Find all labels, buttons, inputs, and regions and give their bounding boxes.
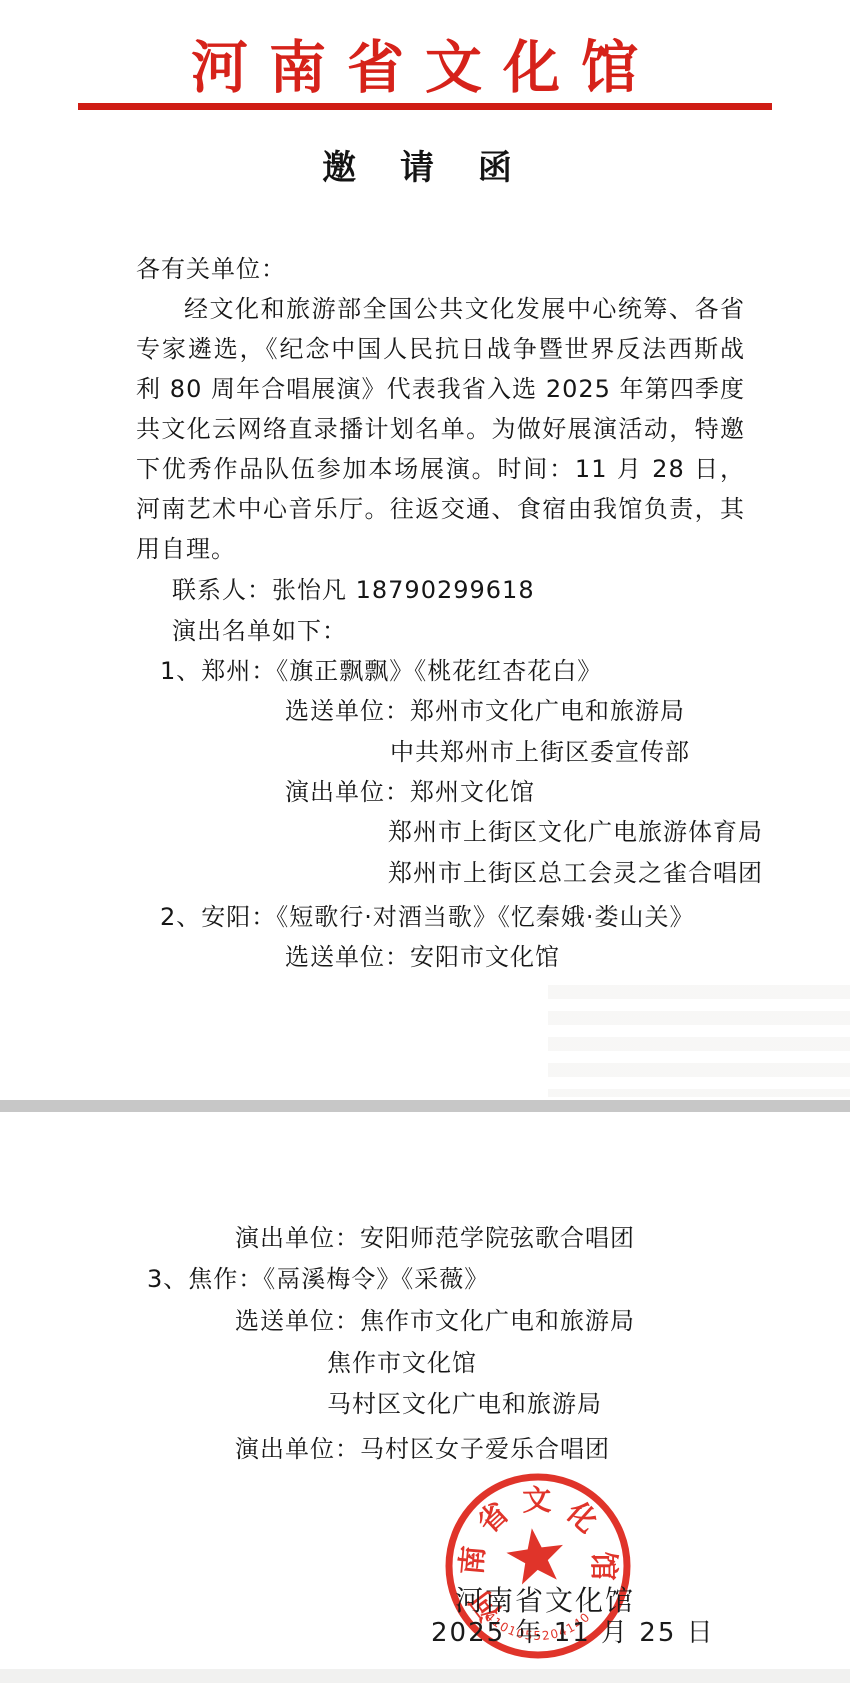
- letterhead-rule: [78, 103, 772, 110]
- list-entry: 选送单位：郑州市文化广电和旅游局: [285, 696, 685, 726]
- list-entry: 焦作市文化馆: [327, 1348, 477, 1378]
- seal-ring-char: 馆: [587, 1551, 621, 1580]
- list-entry: 3、焦作：《鬲溪梅令》《采薇》: [147, 1264, 489, 1294]
- list-entry: 选送单位：焦作市文化广电和旅游局: [235, 1306, 635, 1336]
- list-entry: 选送单位：安阳市文化馆: [285, 942, 560, 972]
- salutation: 各有关单位：: [136, 254, 286, 284]
- paragraph-line: 下优秀作品队伍参加本场展演。时间：11 月 28 日，地点：: [136, 454, 745, 486]
- paragraph-line: 经文化和旅游部全国公共文化发展中心统筹、各省推荐、: [184, 294, 745, 326]
- list-entry: 郑州市上街区文化广电旅游体育局: [388, 817, 763, 847]
- list-entry: 马村区文化广电和旅游局: [327, 1389, 602, 1419]
- scan-bottom-edge: [0, 1669, 850, 1683]
- list-intro: 演出名单如下：: [172, 616, 347, 646]
- letterhead-org-name: 河南省文化馆: [0, 22, 850, 104]
- list-entry: 郑州市上街区总工会灵之雀合唱团: [388, 858, 763, 888]
- paragraph-line: 共文化云网络直录播计划名单。为做好展演活动，特邀请以: [136, 414, 745, 446]
- paragraph-line: 河南艺术中心音乐厅。往返交通、食宿由我馆负责，其他费: [136, 494, 745, 526]
- list-entry: 演出单位：安阳师范学院弦歌合唱团: [235, 1223, 635, 1253]
- seal-star-icon: [504, 1524, 568, 1586]
- document-title: 邀 请 函: [0, 140, 850, 189]
- list-entry: 1、郑州：《旗正飘飘》《桃花红杏花白》: [160, 656, 602, 686]
- list-entry: 2、安阳：《短歌行·对酒当歌》《忆秦娥·娄山关》: [160, 902, 695, 932]
- paragraph-line: 利 80 周年合唱展演》代表我省入选 2025 年第四季度国家公: [136, 374, 745, 406]
- seal-ring-char: 南: [454, 1544, 490, 1576]
- list-entry: 中共郑州市上街区委宣传部: [390, 737, 690, 767]
- scan-bleedthrough: [548, 985, 850, 1097]
- signature-date: 2025 年 11 月 25 日: [431, 1612, 715, 1649]
- contact-line: 联系人：张怡凡 18790299618: [172, 575, 535, 605]
- document-page: 河南省文化馆 邀 请 函 各有关单位： 经文化和旅游部全国公共文化发展中心统筹、…: [0, 0, 850, 1683]
- paragraph-line: 专家遴选，《纪念中国人民抗日战争暨世界反法西斯战争胜: [136, 334, 745, 366]
- page-break-divider: [0, 1100, 850, 1112]
- list-entry: 演出单位：郑州文化馆: [285, 777, 535, 807]
- seal-ring-char: 文: [522, 1483, 552, 1518]
- paragraph-line: 用自理。: [136, 534, 236, 564]
